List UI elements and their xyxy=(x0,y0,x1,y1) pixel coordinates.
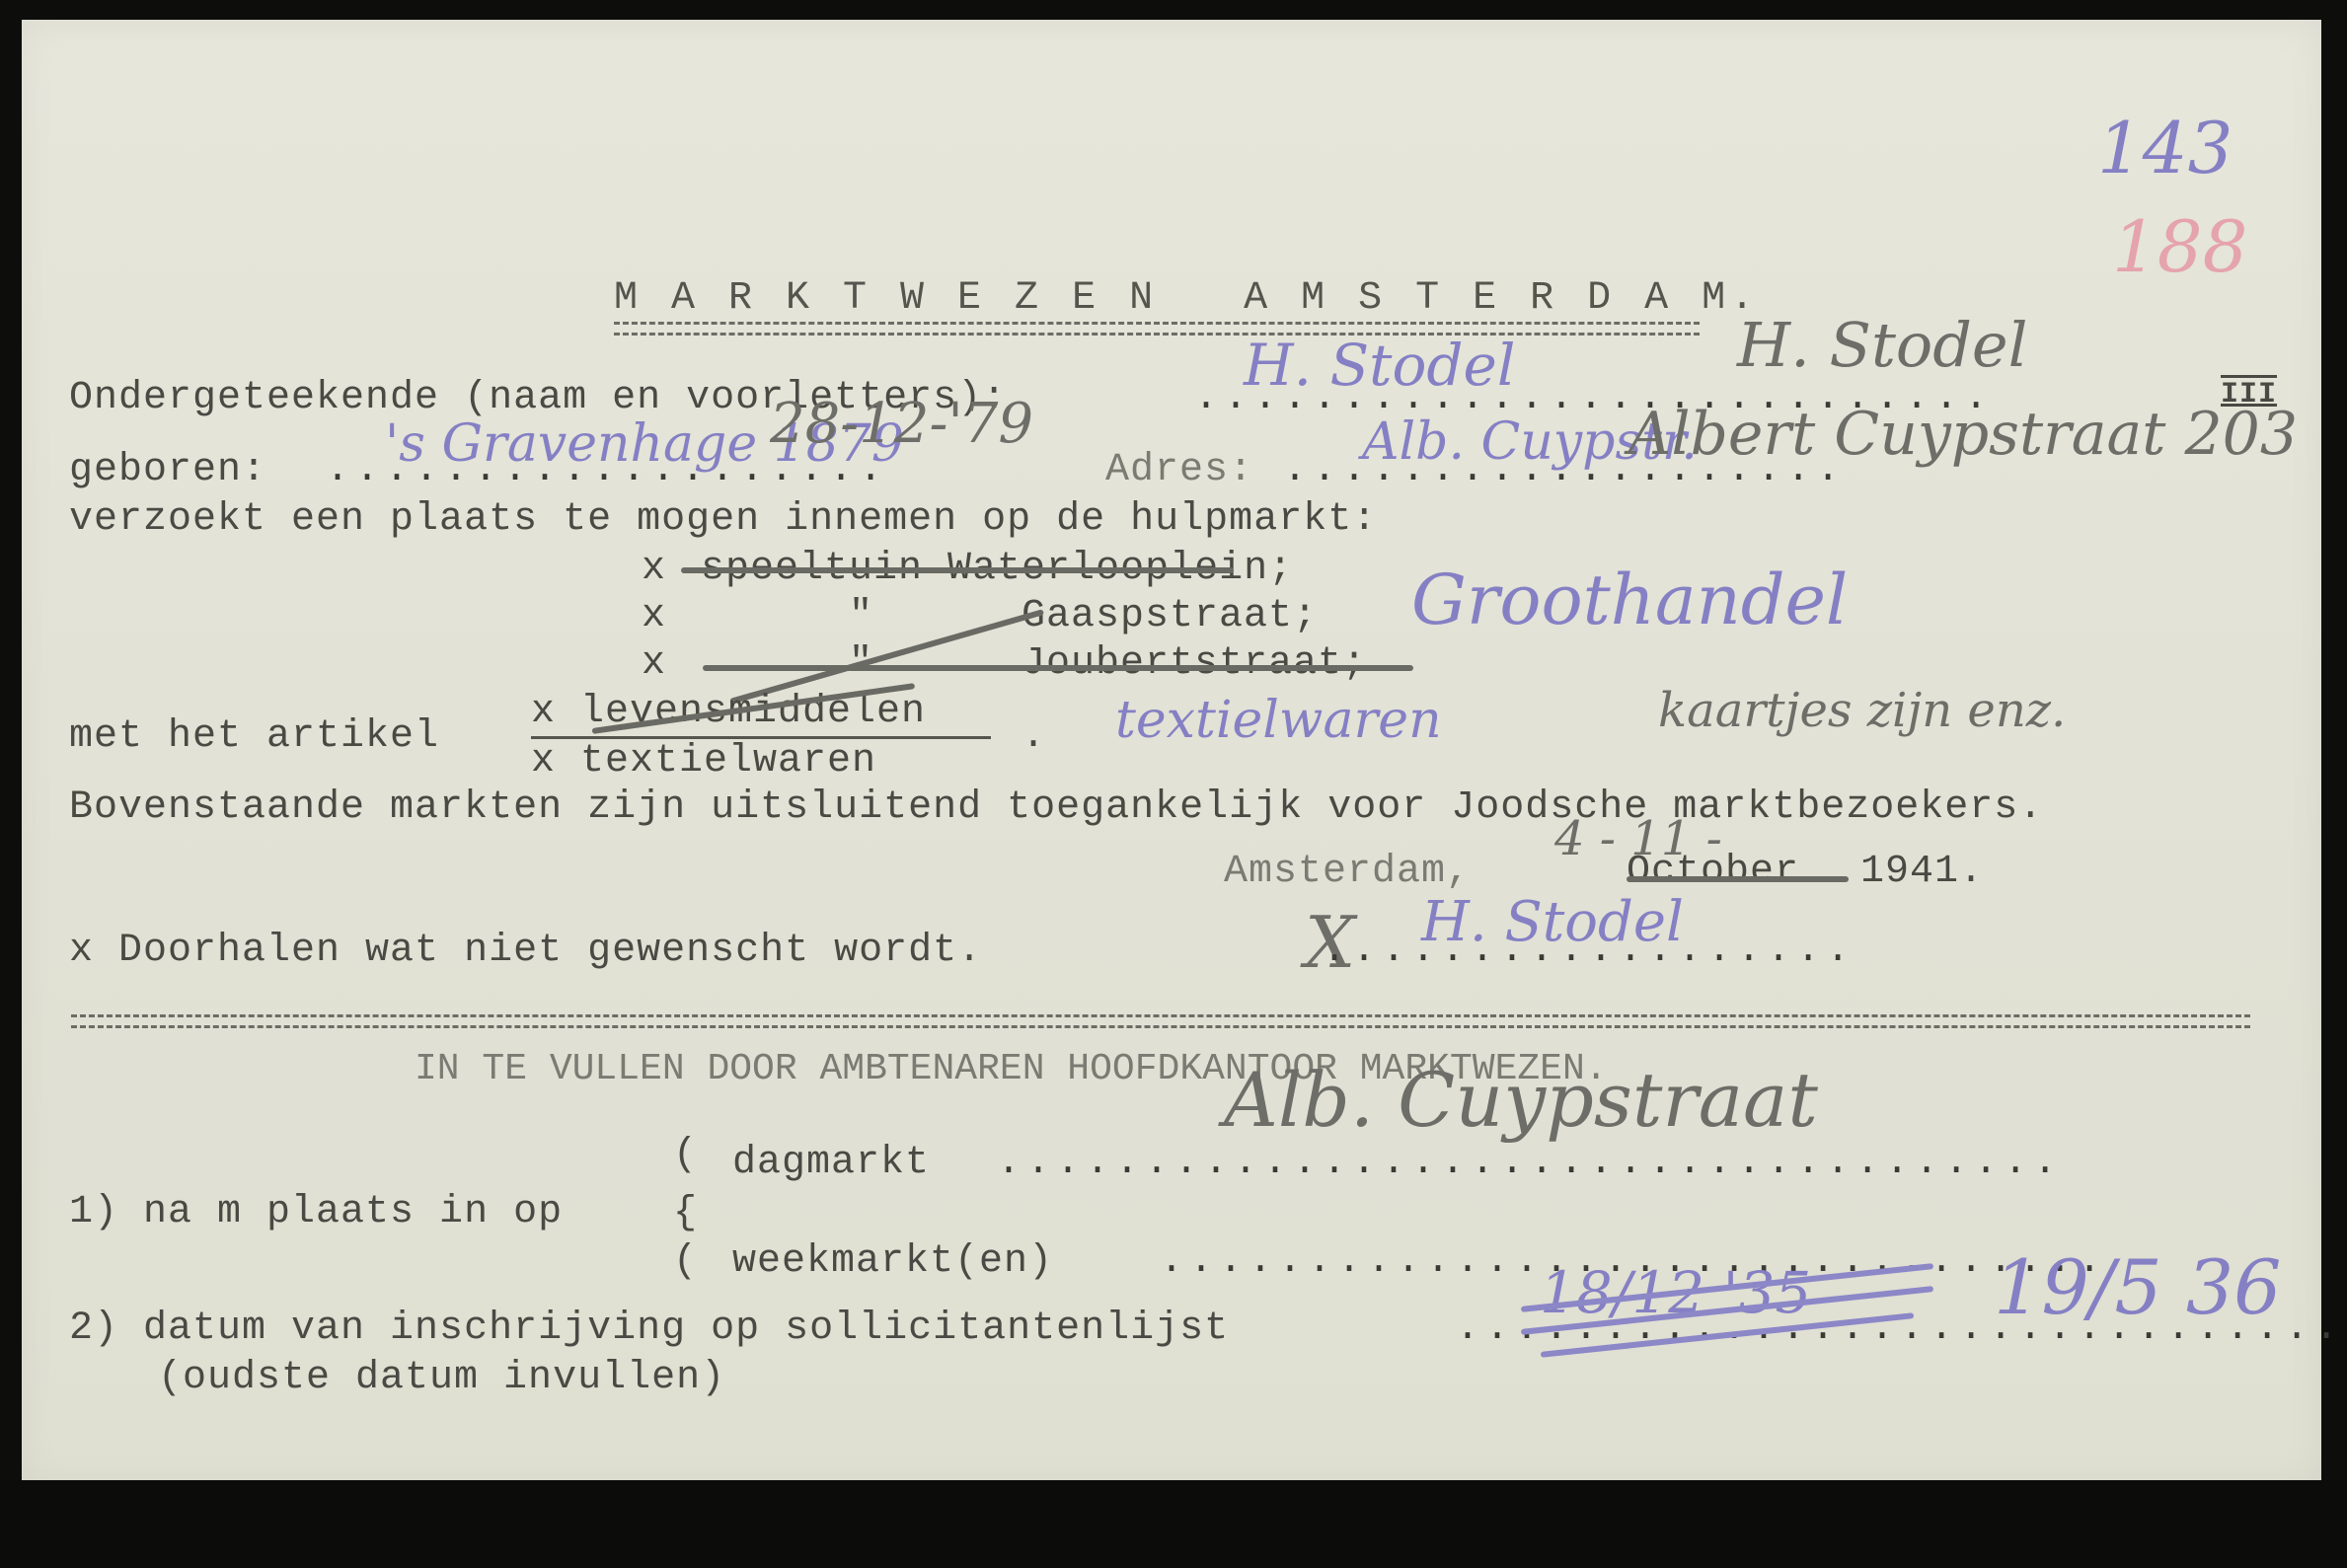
article-label: met het artikel xyxy=(69,715,439,759)
dagmarkt-label: dagmarkt xyxy=(732,1142,930,1185)
handwritten-signature-blue: H. Stodel xyxy=(1421,893,1684,952)
market-prefix-2: x xyxy=(642,595,666,638)
date-month: October xyxy=(1627,851,1799,894)
archive-mark-red: 188 xyxy=(2112,217,2247,276)
handwritten-name-pencil: H. Stodel xyxy=(1737,316,2027,375)
bracket-bottom: ( xyxy=(673,1239,697,1284)
weekmarkt-label: weekmarkt(en) xyxy=(732,1240,1053,1284)
dagmarkt-field: .................................... xyxy=(997,1142,2063,1185)
item-2-label: 2) datum van inschrijving op sollicitant… xyxy=(69,1307,1229,1351)
section-divider xyxy=(71,1014,2250,1028)
footnote-strike-instruction: x Doorhalen wat niet gewenscht wordt. xyxy=(69,930,982,973)
handwritten-address-pencil: Albert Cuypstraat 203 xyxy=(1628,405,2298,464)
handwritten-registration-date: 19/5 36 xyxy=(1994,1258,2282,1317)
strikethrough-joubertstraat xyxy=(703,665,1413,671)
notice-jewish-only: Bovenstaande markten zijn uitsluitend to… xyxy=(69,786,2043,830)
market-joubertstraat: Joubertstraat; xyxy=(1022,642,1367,686)
strikethrough-month xyxy=(1627,876,1849,882)
strikethrough-waterlooplein xyxy=(681,567,1234,573)
bracket-top: ( xyxy=(673,1133,697,1177)
handwritten-birthdate-pencil: 28-12-'79 xyxy=(770,395,1033,454)
title-double-underline xyxy=(614,322,1700,336)
request-line: verzoekt een plaats te mogen innemen op … xyxy=(69,498,1377,542)
page-title: M A R K T W E Z E N A M S T E R D A M. xyxy=(614,276,1759,321)
handwritten-article-pencil: kaartjes zijn enz. xyxy=(1658,681,2066,740)
article-period: . xyxy=(1022,715,1046,759)
handwritten-name-blue: H. Stodel xyxy=(1244,336,1515,395)
scan-border-bottom xyxy=(0,1480,2347,1568)
handwritten-market-assigned-pencil: Alb. Cuypstraat xyxy=(1224,1071,1818,1130)
archive-mark-blue: 143 xyxy=(2097,118,2233,178)
item-1-label: 1) na m plaats in op xyxy=(69,1191,563,1234)
date-year: 1941. xyxy=(1860,851,1984,894)
market-prefix-1: x xyxy=(642,548,666,591)
market-gaaspstraat: Gaaspstraat; xyxy=(1022,595,1318,638)
item-2-sub: (oudste datum invullen) xyxy=(158,1357,725,1400)
market-ditto-2: " xyxy=(849,595,873,638)
handwritten-article-blue: textielwaren xyxy=(1115,691,1442,750)
market-prefix-3: x xyxy=(642,642,666,686)
handwritten-market-blue: Groothandel xyxy=(1411,570,1848,630)
birth-label: geboren: xyxy=(69,449,266,492)
bracket-mid: { xyxy=(673,1191,697,1235)
address-label: Adres: xyxy=(1105,449,1253,492)
article-option-textielwaren: x textielwaren xyxy=(531,740,876,784)
date-place: Amsterdam, xyxy=(1224,851,1471,894)
